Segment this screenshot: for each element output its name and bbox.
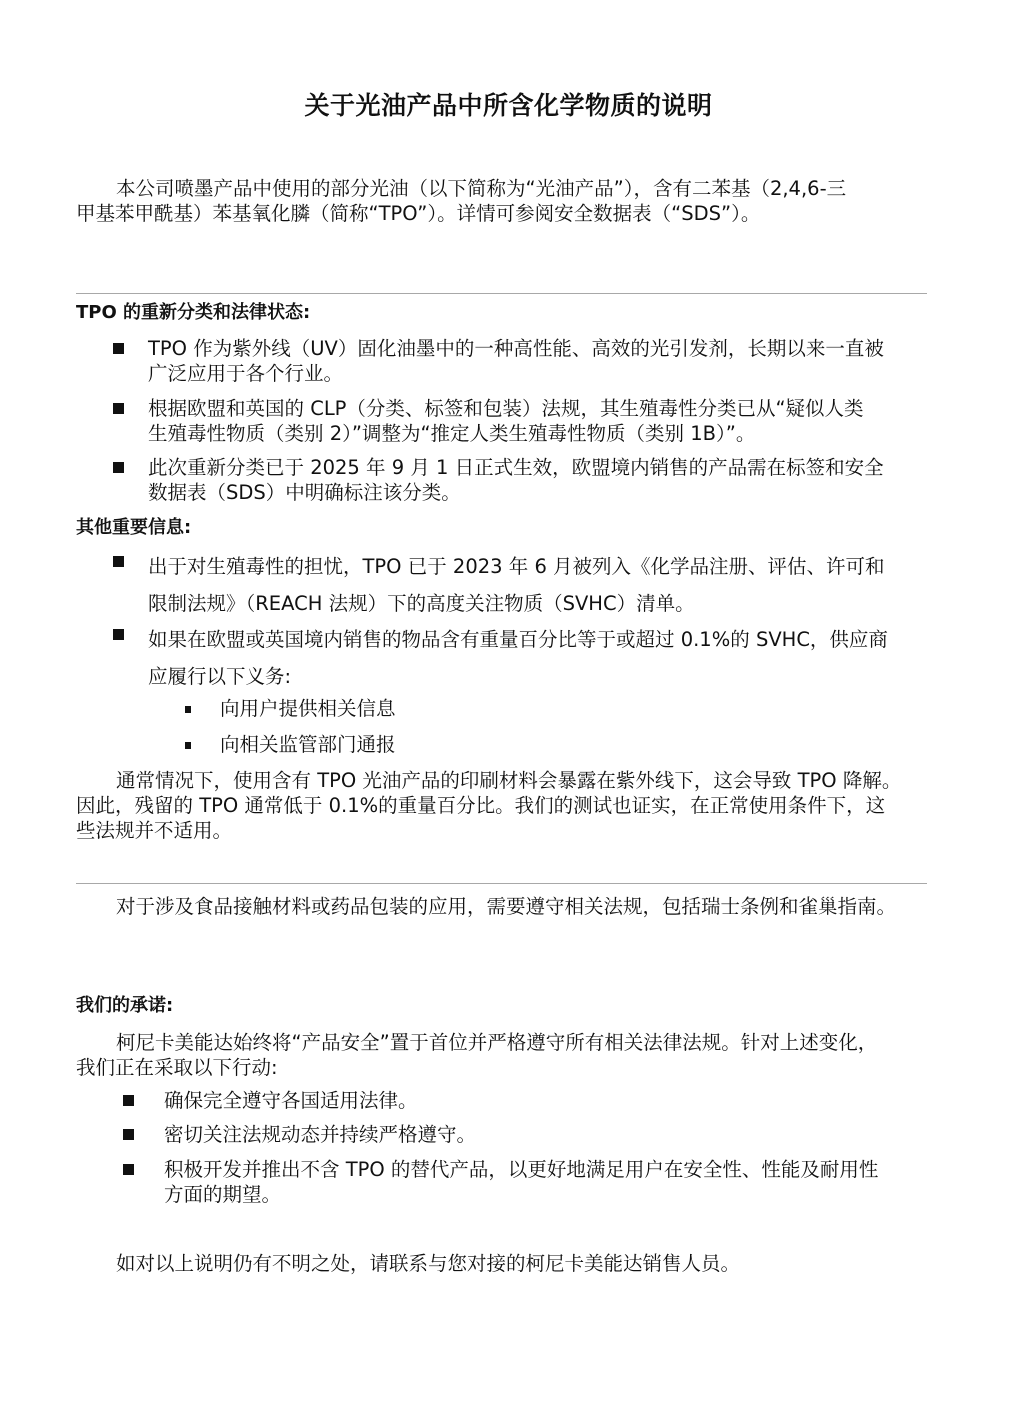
square-bullet-icon	[113, 462, 124, 473]
list-item-line: 出于对生殖毒性的担忧，TPO 已于 2023 年 6 月被列入《化学品注册、评估…	[148, 548, 948, 585]
intro-line-1: 本公司喷墨产品中使用的部分光油（以下简称为“光油产品”），含有二苯基（2,4,6…	[76, 176, 946, 201]
list-item-line: 生殖毒性物质（类别 2）”调整为“推定人类生殖毒性物质（类别 1B）”。	[148, 421, 948, 446]
list-item: 此次重新分类已于 2025 年 9 月 1 日正式生效，欧盟境内销售的产品需在标…	[148, 455, 948, 505]
section-heading-other-info: 其他重要信息:	[76, 515, 191, 541]
list-item-line: 密切关注法规动态并持续严格遵守。	[164, 1122, 954, 1147]
intro-paragraph: 本公司喷墨产品中使用的部分光油（以下简称为“光油产品”），含有二苯基（2,4,6…	[76, 176, 946, 226]
list-item: 确保完全遵守各国适用法律。	[164, 1088, 954, 1113]
divider	[76, 293, 927, 294]
small-square-bullet-icon	[185, 706, 191, 713]
square-bullet-icon	[123, 1164, 134, 1175]
square-bullet-icon	[123, 1129, 134, 1140]
square-bullet-icon	[113, 629, 124, 640]
note-line-2: 因此，残留的 TPO 通常低于 0.1%的重量百分比。我们的测试也证实，在正常使…	[76, 793, 956, 818]
list-item: 如果在欧盟或英国境内销售的物品含有重量百分比等于或超过 0.1%的 SVHC，供…	[148, 621, 948, 695]
list-item: 积极开发并推出不含 TPO 的替代产品，以更好地满足用户在安全性、性能及耐用性 …	[164, 1157, 954, 1207]
square-bullet-icon	[113, 343, 124, 354]
commitment-paragraph: 柯尼卡美能达始终将“产品安全”置于首位并严格遵守所有相关法律法规。针对上述变化，…	[76, 1030, 956, 1080]
document-title: 关于光油产品中所含化学物质的说明	[0, 88, 1017, 124]
closing-paragraph: 如对以上说明仍有不明之处，请联系与您对接的柯尼卡美能达销售人员。	[116, 1251, 976, 1276]
list-item-line: 限制法规》（REACH 法规）下的高度关注物质（SVHC）清单。	[148, 585, 948, 622]
section-heading-tpo-reclassification: TPO 的重新分类和法律状态:	[76, 300, 310, 326]
sub-list-item: 向用户提供相关信息	[220, 696, 396, 721]
list-item-line: 如果在欧盟或英国境内销售的物品含有重量百分比等于或超过 0.1%的 SVHC，供…	[148, 621, 948, 658]
list-item-line: 积极开发并推出不含 TPO 的替代产品，以更好地满足用户在安全性、性能及耐用性	[164, 1157, 954, 1182]
list-item-line: 广泛应用于各个行业。	[148, 361, 948, 386]
note-line-1: 通常情况下，使用含有 TPO 光油产品的印刷材料会暴露在紫外线下，这会导致 TP…	[76, 768, 956, 793]
list-item-line: 确保完全遵守各国适用法律。	[164, 1088, 954, 1113]
list-item-line: 根据欧盟和英国的 CLP（分类、标签和包装）法规，其生殖毒性分类已从“疑似人类	[148, 396, 948, 421]
list-item-line: TPO 作为紫外线（UV）固化油墨中的一种高性能、高效的光引发剂，长期以来一直被	[148, 336, 948, 361]
divider	[76, 883, 927, 884]
list-item-line: 方面的期望。	[164, 1182, 954, 1207]
list-item: 出于对生殖毒性的担忧，TPO 已于 2023 年 6 月被列入《化学品注册、评估…	[148, 548, 948, 622]
square-bullet-icon	[113, 556, 124, 567]
list-item: 密切关注法规动态并持续严格遵守。	[164, 1122, 954, 1147]
note-paragraph: 通常情况下，使用含有 TPO 光油产品的印刷材料会暴露在紫外线下，这会导致 TP…	[76, 768, 956, 843]
commitment-line-1: 柯尼卡美能达始终将“产品安全”置于首位并严格遵守所有相关法律法规。针对上述变化，	[76, 1030, 956, 1055]
list-item-line: 数据表（SDS）中明确标注该分类。	[148, 480, 948, 505]
list-item: TPO 作为紫外线（UV）固化油墨中的一种高性能、高效的光引发剂，长期以来一直被…	[148, 336, 948, 386]
list-item: 根据欧盟和英国的 CLP（分类、标签和包装）法规，其生殖毒性分类已从“疑似人类 …	[148, 396, 948, 446]
commitment-line-2: 我们正在采取以下行动:	[76, 1055, 956, 1080]
sub-list-item: 向相关监管部门通报	[220, 732, 396, 757]
list-item-line: 此次重新分类已于 2025 年 9 月 1 日正式生效，欧盟境内销售的产品需在标…	[148, 455, 948, 480]
small-square-bullet-icon	[185, 742, 191, 749]
food-contact-paragraph: 对于涉及食品接触材料或药品包装的应用，需要遵守相关法规，包括瑞士条例和雀巢指南。	[116, 894, 976, 919]
note-line-3: 些法规并不适用。	[76, 818, 956, 843]
square-bullet-icon	[123, 1095, 134, 1106]
square-bullet-icon	[113, 403, 124, 414]
intro-line-2: 甲基苯甲酰基）苯基氧化膦（简称“TPO”）。详情可参阅安全数据表（“SDS”）。	[76, 201, 946, 226]
list-item-line: 应履行以下义务:	[148, 658, 948, 695]
section-heading-commitment: 我们的承诺:	[76, 993, 173, 1019]
